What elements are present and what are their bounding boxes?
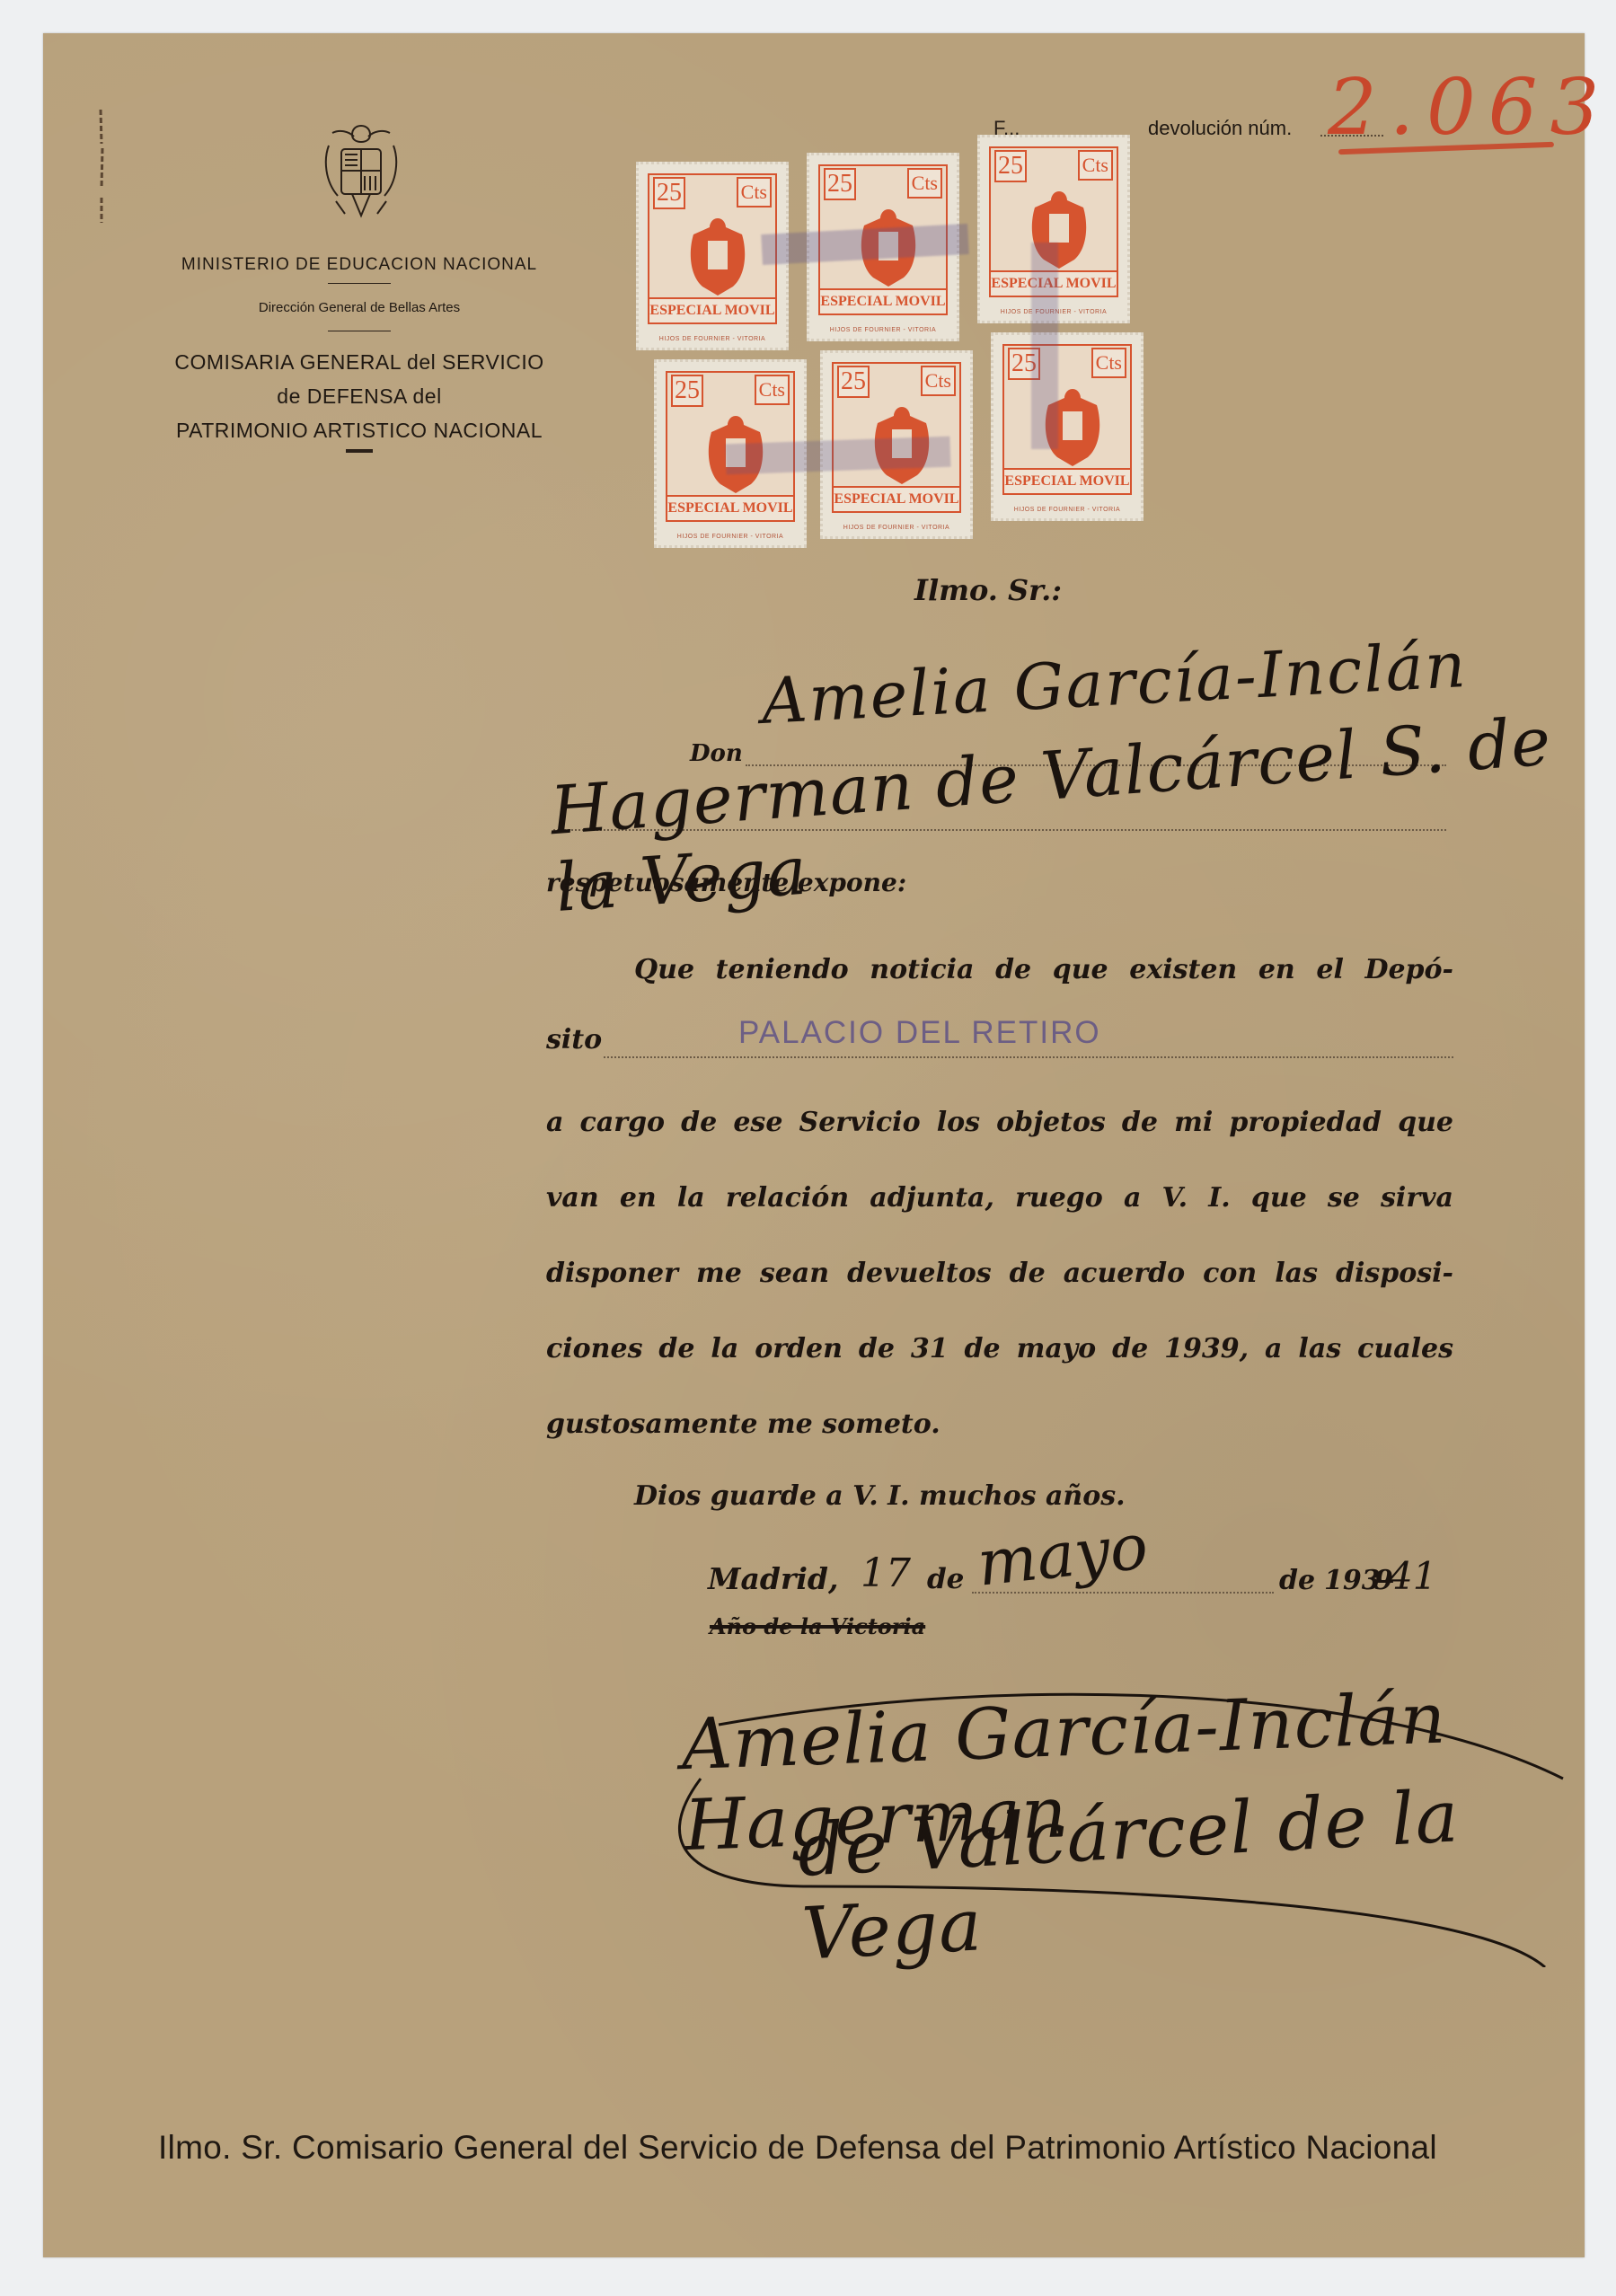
date-year-handwritten: 41 bbox=[1389, 1554, 1436, 1598]
eagle-icon bbox=[684, 213, 752, 299]
comisaria-line-1: COMISARIA GENERAL del SERVICIO bbox=[135, 345, 584, 379]
stamp-value: 25 bbox=[837, 366, 870, 398]
date-de-2: de bbox=[1279, 1565, 1315, 1596]
stamp-unit: Cts bbox=[907, 168, 942, 199]
spanish-coat-of-arms-icon bbox=[316, 119, 406, 226]
stamp-printer: HIJOS DE FOURNIER - VITORIA bbox=[639, 336, 786, 342]
sito-label: sito bbox=[546, 1024, 602, 1055]
stamp-unit: Cts bbox=[755, 375, 790, 405]
fiscal-stamp: 25 Cts ESPECIAL MOVIL HIJOS DE FOURNIER … bbox=[991, 332, 1144, 521]
divider bbox=[328, 283, 391, 284]
stamp-unit: Cts bbox=[921, 366, 956, 396]
stamp-unit: Cts bbox=[737, 177, 772, 208]
date-day-handwritten: 17 bbox=[861, 1550, 911, 1596]
stamp-value: 25 bbox=[671, 375, 703, 407]
salutation: Ilmo. Sr.: bbox=[914, 573, 1062, 607]
deposit-stamp: PALACIO DEL RETIRO bbox=[738, 1015, 1101, 1051]
stamp-unit: Cts bbox=[1091, 348, 1126, 378]
stamp-value: 25 bbox=[994, 150, 1027, 182]
paragraph-line-3: a cargo de ese Servicio los objetos de m… bbox=[546, 1107, 1453, 1138]
pencil-mark bbox=[97, 108, 106, 225]
paragraph-line-4: van en la relación adjunta, ruego a V. I… bbox=[546, 1182, 1453, 1214]
paragraph-line-1: Que teniendo noticia de que existen en e… bbox=[634, 954, 1453, 985]
respetuosamente-expone: respetuosamente expone: bbox=[546, 868, 906, 897]
ministry-name: MINISTERIO DE EDUCACION NACIONAL bbox=[135, 255, 584, 275]
stamp-legend: ESPECIAL MOVIL bbox=[1004, 468, 1130, 493]
paragraph-line-6: ciones de la orden de 31 de mayo de 1939… bbox=[546, 1333, 1453, 1364]
divider bbox=[346, 449, 373, 453]
struck-ano-de-la-victoria: Año de la Victoria bbox=[710, 1613, 925, 1639]
comisaria-heading: COMISARIA GENERAL del SERVICIO de DEFENS… bbox=[135, 345, 584, 447]
stamp-value: 25 bbox=[653, 177, 685, 209]
stamp-printer: HIJOS DE FOURNIER - VITORIA bbox=[657, 534, 804, 540]
closing-formula: Dios guarde a V. I. muchos años. bbox=[634, 1480, 1126, 1512]
stamp-legend: ESPECIAL MOVIL bbox=[820, 288, 946, 313]
date-de-1: de bbox=[927, 1563, 964, 1595]
stamp-printer: HIJOS DE FOURNIER - VITORIA bbox=[809, 327, 957, 333]
stamp-legend: ESPECIAL MOVIL bbox=[667, 495, 793, 520]
date-place: Madrid, bbox=[708, 1561, 838, 1596]
stamp-value: 25 bbox=[824, 168, 856, 200]
divider bbox=[328, 331, 391, 331]
stamp-printer: HIJOS DE FOURNIER - VITORIA bbox=[823, 525, 970, 531]
deposit-dotted-line bbox=[604, 1056, 1453, 1058]
devolucion-number: 2.063 bbox=[1328, 63, 1612, 153]
cancellation-mark bbox=[1031, 243, 1058, 449]
stamp-legend: ESPECIAL MOVIL bbox=[834, 486, 959, 511]
addressee-footer: Ilmo. Sr. Comisario General del Servicio… bbox=[158, 2129, 1437, 2167]
stamp-unit: Cts bbox=[1078, 150, 1113, 181]
paragraph-line-5: disponer me sean devueltos de acuerdo co… bbox=[546, 1258, 1453, 1289]
date-year-printed: 193 bbox=[1324, 1565, 1381, 1596]
stamp-printer: HIJOS DE FOURNIER - VITORIA bbox=[993, 507, 1141, 513]
direccion-general: Dirección General de Bellas Artes bbox=[135, 300, 584, 315]
paragraph-line-7: gustosamente me someto. bbox=[546, 1409, 940, 1440]
comisaria-line-2: de DEFENSA del bbox=[135, 379, 584, 413]
stamp-legend: ESPECIAL MOVIL bbox=[649, 297, 775, 322]
fiscal-stamp-block: 25 Cts ESPECIAL MOVIL HIJOS DE FOURNIER … bbox=[636, 135, 1175, 557]
comisaria-line-3: PATRIMONIO ARTISTICO NACIONAL bbox=[135, 413, 584, 447]
